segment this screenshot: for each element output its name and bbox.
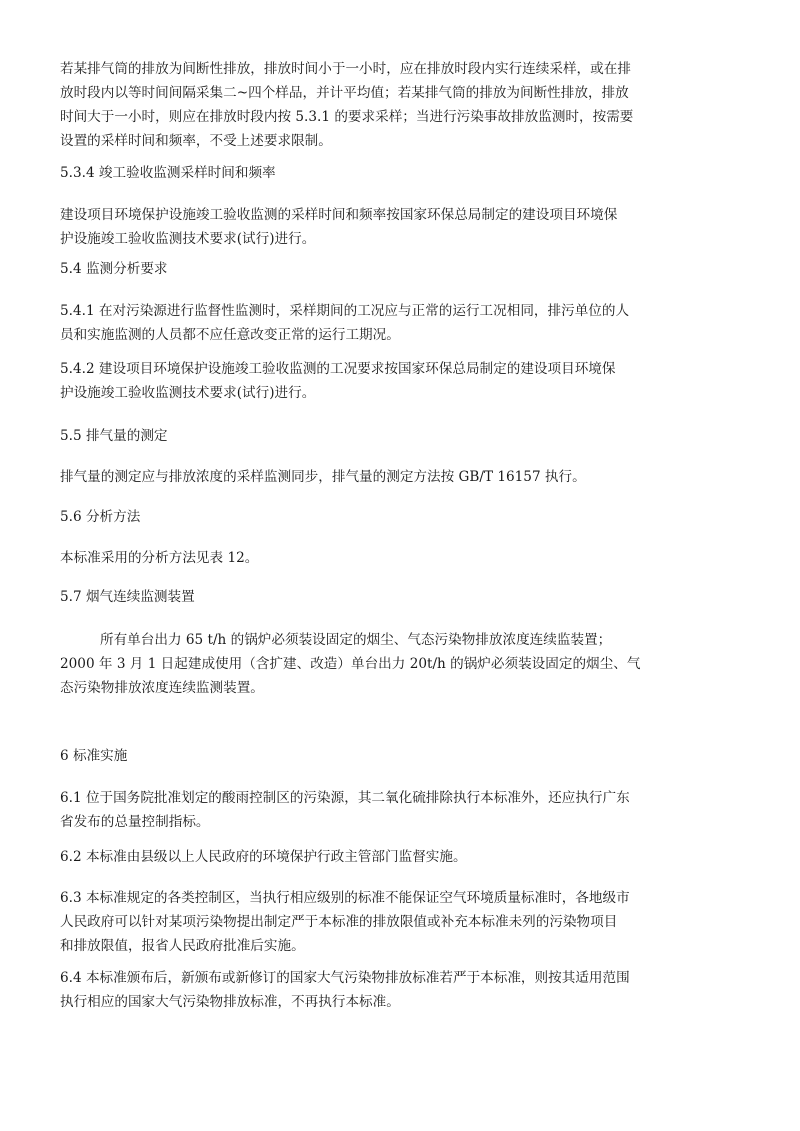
text-line: 设置的采样时间和频率，不受上述要求限制。: [60, 129, 633, 153]
section-heading: 5.3.4 竣工验收监测采样时间和频率: [60, 161, 276, 185]
text-line: 5.4.2 建设项目环境保护设施竣工验收监测的工况要求按国家环保总局制定的建设项…: [60, 357, 615, 381]
section-heading: 5.7 烟气连续监测装置: [60, 585, 195, 609]
text-line: 6.1 位于国务院批准划定的酸雨控制区的污染源，其二氧化硫排除执行本标准外，还应…: [60, 786, 630, 810]
text-line: 2000 年 3 月 1 日起建成使用（含扩建、改造）单台出力 20t/h 的锅…: [60, 652, 640, 676]
paragraph: 6.3 本标准规定的各类控制区，当执行相应级别的标准不能保证空气环境质量标准时，…: [60, 886, 630, 958]
paragraph: 6.4 本标准颁布后，新颁布或新修订的国家大气污染物排放标准若严于本标准，则按其…: [60, 966, 630, 1014]
text-line: 6.3 本标准规定的各类控制区，当执行相应级别的标准不能保证空气环境质量标准时，…: [60, 886, 630, 910]
text-line: 员和实施监测的人员都不应任意改变正常的运行工期况。: [60, 323, 629, 347]
paragraph: 5.4.2 建设项目环境保护设施竣工验收监测的工况要求按国家环保总局制定的建设项…: [60, 357, 615, 405]
paragraph: 排气量的测定应与排放浓度的采样监测同步，排气量的测定方法按 GB/T 16157…: [60, 465, 586, 489]
paragraph: 所有单台出力 65 t/h 的锅炉必须装设固定的烟尘、气态污染物排放浓度连续监装…: [60, 628, 640, 700]
paragraph: 5.4.1 在对污染源进行监督性监测时，采样期间的工况应与正常的运行工况相同，排…: [60, 299, 629, 347]
text-line: 人民政府可以针对某项污染物提出制定严于本标准的排放限值或补充本标准未列的污染物项…: [60, 910, 630, 934]
text-line: 排气量的测定应与排放浓度的采样监测同步，排气量的测定方法按 GB/T 16157…: [60, 465, 586, 489]
paragraph: 6.1 位于国务院批准划定的酸雨控制区的污染源，其二氧化硫排除执行本标准外，还应…: [60, 786, 630, 834]
section-heading: 5.5 排气量的测定: [60, 424, 168, 448]
text-line: 若某排气筒的排放为间断性排放，排放时间小于一小时，应在排放时段内实行连续采样，或…: [60, 57, 633, 81]
paragraph: 本标准采用的分析方法见表 12。: [60, 546, 258, 570]
text-line: 护设施竣工验收监测技术要求(试行)进行。: [60, 227, 617, 251]
section-heading: 5.6 分析方法: [60, 505, 140, 529]
paragraph: 6.2 本标准由县级以上人民政府的环境保护行政主管部门监督实施。: [60, 845, 467, 869]
text-line: 5.6 分析方法: [60, 505, 140, 529]
text-line: 5.4 监测分析要求: [60, 257, 168, 281]
text-line: 所有单台出力 65 t/h 的锅炉必须装设固定的烟尘、气态污染物排放浓度连续监装…: [60, 628, 640, 652]
text-line: 本标准采用的分析方法见表 12。: [60, 546, 258, 570]
text-line: 时间大于一小时，则应在排放时段内按 5.3.1 的要求采样；当进行污染事故排放监…: [60, 105, 633, 129]
section-heading: 6 标准实施: [60, 744, 127, 768]
text-line: 6 标准实施: [60, 744, 127, 768]
text-line: 执行相应的国家大气污染物排放标准，不再执行本标准。: [60, 990, 630, 1014]
text-line: 5.3.4 竣工验收监测采样时间和频率: [60, 161, 276, 185]
text-line: 建设项目环境保护设施竣工验收监测的采样时间和频率按国家环保总局制定的建设项目环境…: [60, 203, 617, 227]
paragraph: 建设项目环境保护设施竣工验收监测的采样时间和频率按国家环保总局制定的建设项目环境…: [60, 203, 617, 251]
text-line: 6.4 本标准颁布后，新颁布或新修订的国家大气污染物排放标准若严于本标准，则按其…: [60, 966, 630, 990]
text-line: 5.4.1 在对污染源进行监督性监测时，采样期间的工况应与正常的运行工况相同，排…: [60, 299, 629, 323]
text-line: 护设施竣工验收监测技术要求(试行)进行。: [60, 381, 615, 405]
section-heading: 5.4 监测分析要求: [60, 257, 168, 281]
text-line: 5.7 烟气连续监测装置: [60, 585, 195, 609]
text-line: 5.5 排气量的测定: [60, 424, 168, 448]
text-line: 放时段内以等时间间隔采集二~四个样品，并计平均值；若某排气筒的排放为间断性排放，…: [60, 81, 633, 105]
text-line: 和排放限值，报省人民政府批准后实施。: [60, 934, 630, 958]
text-line: 6.2 本标准由县级以上人民政府的环境保护行政主管部门监督实施。: [60, 845, 467, 869]
paragraph: 若某排气筒的排放为间断性排放，排放时间小于一小时，应在排放时段内实行连续采样，或…: [60, 57, 633, 153]
text-line: 态污染物排放浓度连续监测装置。: [60, 676, 640, 700]
text-line: 省发布的总量控制指标。: [60, 810, 630, 834]
